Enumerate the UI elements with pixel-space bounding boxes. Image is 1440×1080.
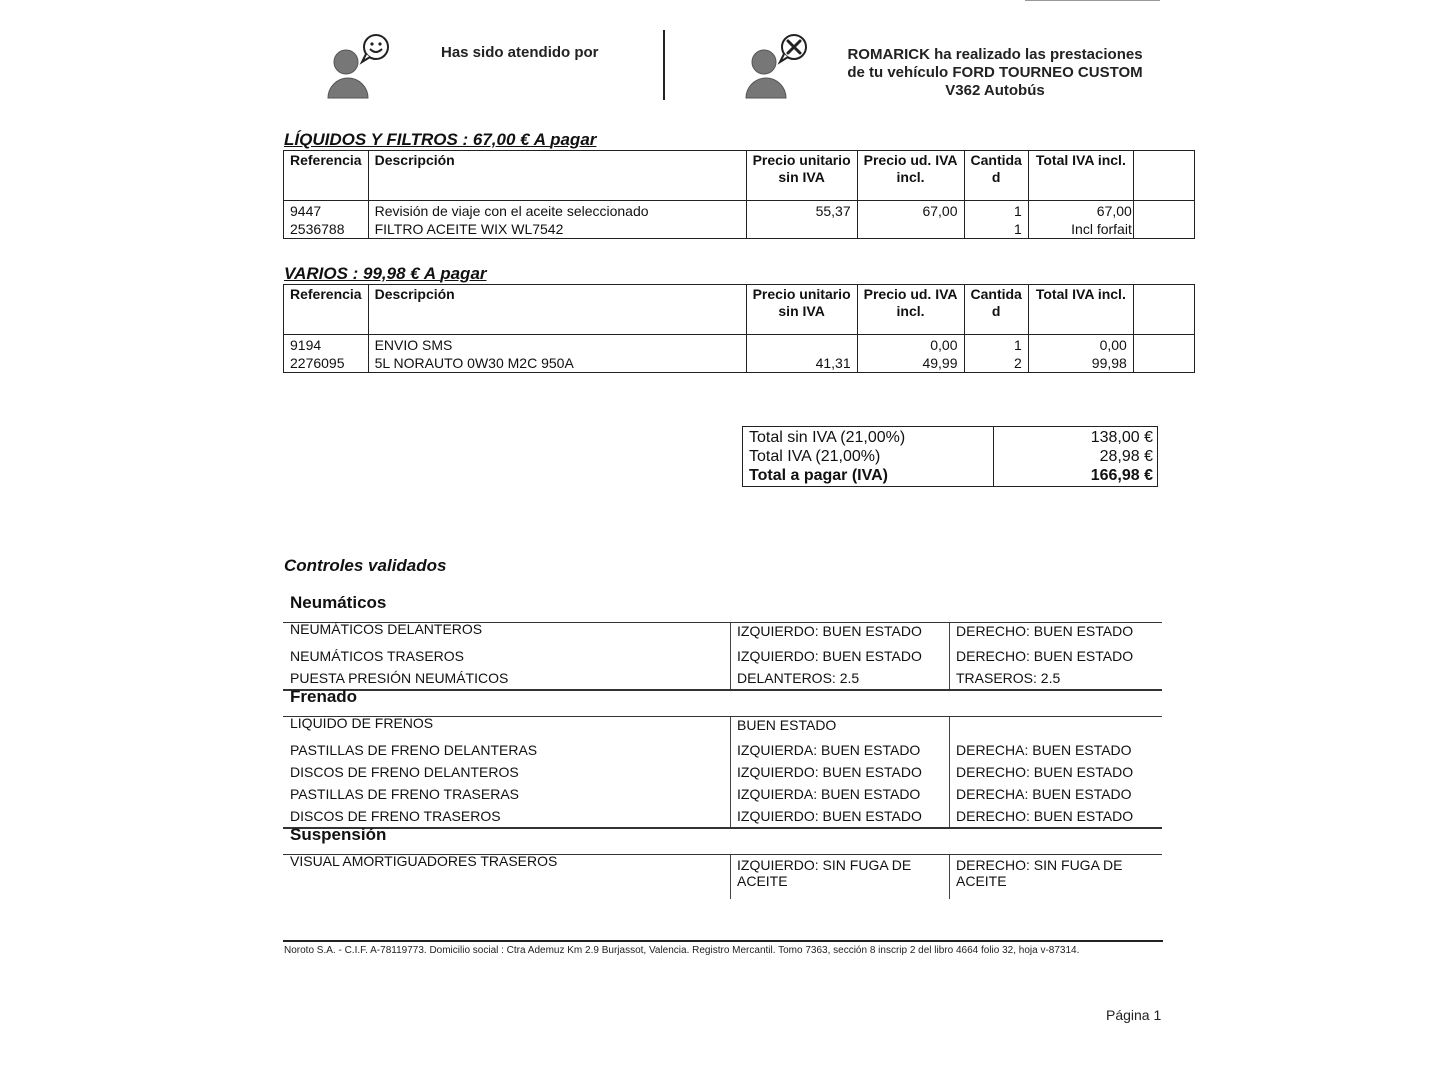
items-table-varios: Referencia Descripción Precio unitariosi…: [283, 284, 1195, 373]
cell-unit-price-vat: 0,0049,99: [857, 335, 964, 373]
section-title-text: LÍQUIDOS Y FILTROS : 67,00 € A: [284, 130, 550, 149]
total-label: Total sin IVA (21,00%): [749, 428, 987, 447]
col-empty: [1133, 285, 1194, 335]
price-value: 0,00: [864, 336, 958, 354]
ref-value: 9194: [290, 336, 362, 354]
table-row: 91942276095 ENVIO SMS5L NORAUTO 0W30 M2C…: [284, 335, 1195, 373]
grand-total-value: 166,98 €: [1000, 466, 1153, 485]
service-message-line: ROMARICK ha realizado las prestaciones: [830, 46, 1160, 64]
service-message-line: V362 Autobús: [830, 82, 1160, 100]
control-right: DERECHO: SIN FUGA DEACEITE: [949, 855, 1162, 899]
ref-value: 2536788: [290, 220, 362, 238]
col-total: Total IVA incl.: [1028, 151, 1133, 201]
mechanic-avatar-icon: [744, 32, 808, 109]
control-item: LIQUIDO DE FRENOS: [283, 717, 730, 739]
col-desc: Descripción: [368, 285, 746, 335]
cell-qty: 12: [964, 335, 1028, 373]
total-value: 138,00 €: [1000, 428, 1153, 447]
control-item: NEUMÁTICOS TRASEROS: [283, 645, 730, 667]
control-item: DISCOS DE FRENO DELANTEROS: [283, 761, 730, 783]
col-ref: Referencia: [284, 151, 369, 201]
section-title-varios: VARIOS : 99,98 € A pagar: [284, 264, 487, 284]
control-item: PUESTA PRESIÓN NEUMÁTICOS: [283, 667, 730, 689]
totals-row: Total sin IVA (21,00%) Total IVA (21,00%…: [743, 427, 1158, 487]
col-unit-price: Precio unitariosin IVA: [746, 151, 857, 201]
col-label: Cantida: [971, 286, 1022, 303]
table-header-row: Referencia Descripción Precio unitariosi…: [284, 285, 1195, 335]
desc-value: 5L NORAUTO 0W30 M2C 950A: [375, 354, 740, 372]
desc-value: ENVIO SMS: [375, 336, 740, 354]
ref-value: 2276095: [290, 354, 362, 372]
desc-value: FILTRO ACEITE WIX WL7542: [375, 220, 740, 238]
control-row: DISCOS DE FRENO TRASEROSIZQUIERDO: BUEN …: [283, 805, 1162, 827]
controls-title: Controles validados: [284, 556, 446, 576]
cell-qty: 11: [964, 201, 1028, 239]
table-header-row: Referencia Descripción Precio unitariosi…: [284, 151, 1195, 201]
col-label: Precio unitario: [753, 152, 851, 169]
col-label: incl.: [864, 169, 958, 186]
control-item: PASTILLAS DE FRENO TRASERAS: [283, 783, 730, 805]
control-right: [949, 717, 1162, 739]
total-value: 99,98: [1035, 354, 1127, 372]
col-unit-price-vat: Precio ud. IVAincl.: [857, 151, 964, 201]
ref-value: 9447: [290, 202, 362, 220]
service-message: ROMARICK ha realizado las prestaciones d…: [830, 46, 1160, 100]
col-empty: [1133, 151, 1194, 201]
attended-by-label: Has sido atendido por: [441, 44, 599, 61]
control-right: DERECHA: BUEN ESTADO: [949, 739, 1162, 761]
cell-empty: [1133, 201, 1194, 239]
service-message-line: de tu vehículo FORD TOURNEO CUSTOM: [830, 64, 1160, 82]
col-qty: Cantidad: [964, 285, 1028, 335]
control-row: PASTILLAS DE FRENO DELANTERASIZQUIERDA: …: [283, 739, 1162, 761]
items-table-liquidos: Referencia Descripción Precio unitariosi…: [283, 150, 1195, 239]
control-left: IZQUIERDA: BUEN ESTADO: [730, 783, 949, 805]
group-title-suspension: Suspensión: [290, 825, 386, 845]
cell-unit-price-vat: 67,00: [857, 201, 964, 239]
cell-unit-price: 55,37: [746, 201, 857, 239]
price-value: [864, 220, 958, 238]
cell-ref: 94472536788: [284, 201, 369, 239]
control-left: IZQUIERDO: BUEN ESTADO: [730, 805, 949, 827]
section-title-underlined: pagar: [440, 264, 486, 283]
control-left-line: ACEITE: [737, 873, 949, 889]
col-unit-price: Precio unitariosin IVA: [746, 285, 857, 335]
table-row: 94472536788 Revisión de viaje con el ace…: [284, 201, 1195, 239]
qty-value: 1: [971, 202, 1022, 220]
qty-value: 1: [971, 220, 1022, 238]
cell-total: 67,00Incl forfait: [1028, 201, 1133, 239]
control-item: DISCOS DE FRENO TRASEROS: [283, 805, 730, 827]
control-item: PASTILLAS DE FRENO DELANTERAS: [283, 739, 730, 761]
control-left: IZQUIERDO: BUEN ESTADO: [730, 623, 949, 645]
control-item: NEUMÁTICOS DELANTEROS: [283, 623, 730, 645]
section-title-text: VARIOS : 99,98 € A: [284, 264, 440, 283]
control-right: TRASEROS: 2.5: [949, 667, 1162, 689]
col-label: Precio ud. IVA: [864, 152, 958, 169]
desc-value: Revisión de viaje con el aceite seleccio…: [375, 202, 740, 220]
totals-labels: Total sin IVA (21,00%) Total IVA (21,00%…: [743, 427, 994, 487]
control-row: PUESTA PRESIÓN NEUMÁTICOSDELANTEROS: 2.5…: [283, 667, 1162, 689]
page-number: Página 1: [1106, 1007, 1161, 1023]
control-left: IZQUIERDO: SIN FUGA DEACEITE: [730, 855, 949, 899]
col-qty: Cantidad: [964, 151, 1028, 201]
total-label: Total IVA (21,00%): [749, 447, 987, 466]
col-total: Total IVA incl.: [1028, 285, 1133, 335]
control-right: DERECHO: BUEN ESTADO: [949, 805, 1162, 827]
control-row: NEUMÁTICOS DELANTEROSIZQUIERDO: BUEN EST…: [283, 623, 1162, 645]
cell-unit-price: 41,31: [746, 335, 857, 373]
control-item: VISUAL AMORTIGUADORES TRASEROS: [283, 855, 730, 899]
control-left: IZQUIERDO: BUEN ESTADO: [730, 645, 949, 667]
control-left: IZQUIERDO: BUEN ESTADO: [730, 761, 949, 783]
group-frenado: LIQUIDO DE FRENOSBUEN ESTADO PASTILLAS D…: [283, 716, 1162, 829]
qty-value: 2: [971, 354, 1022, 372]
advisor-avatar-icon: [326, 32, 390, 109]
col-label: Cantida: [971, 152, 1022, 169]
total-value: 67,00: [1035, 202, 1132, 220]
totals-values: 138,00 € 28,98 € 166,98 €: [994, 427, 1158, 487]
group-neumaticos: NEUMÁTICOS DELANTEROSIZQUIERDO: BUEN EST…: [283, 622, 1162, 691]
control-right: DERECHA: BUEN ESTADO: [949, 783, 1162, 805]
control-row: DISCOS DE FRENO DELANTEROSIZQUIERDO: BUE…: [283, 761, 1162, 783]
cell-empty: [1133, 335, 1194, 373]
total-value: Incl forfait: [1035, 220, 1132, 238]
total-value: 28,98 €: [1000, 447, 1153, 466]
qty-value: 1: [971, 336, 1022, 354]
cell-desc: ENVIO SMS5L NORAUTO 0W30 M2C 950A: [368, 335, 746, 373]
control-row: PASTILLAS DE FRENO TRASERASIZQUIERDA: BU…: [283, 783, 1162, 805]
col-label: Precio unitario: [753, 286, 851, 303]
control-right: DERECHO: BUEN ESTADO: [949, 645, 1162, 667]
group-title-frenado: Frenado: [290, 687, 357, 707]
control-row: LIQUIDO DE FRENOSBUEN ESTADO: [283, 717, 1162, 739]
cell-desc: Revisión de viaje con el aceite seleccio…: [368, 201, 746, 239]
footer-legal: Noroto S.A. - C.I.F. A-78119773. Domicil…: [284, 945, 1079, 956]
control-right: DERECHO: BUEN ESTADO: [949, 623, 1162, 645]
col-label: sin IVA: [753, 303, 851, 320]
footer-divider: [283, 940, 1163, 942]
control-right: DERECHO: BUEN ESTADO: [949, 761, 1162, 783]
control-row: NEUMÁTICOS TRASEROSIZQUIERDO: BUEN ESTAD…: [283, 645, 1162, 667]
grand-total-label: Total a pagar (IVA): [749, 466, 987, 485]
col-ref: Referencia: [284, 285, 369, 335]
group-suspension: VISUAL AMORTIGUADORES TRASEROS IZQUIERDO…: [283, 854, 1162, 899]
section-title-liquidos: LÍQUIDOS Y FILTROS : 67,00 € A pagar: [284, 130, 596, 150]
col-label: sin IVA: [753, 169, 851, 186]
cell-total: 0,0099,98: [1028, 335, 1133, 373]
price-value: 41,31: [753, 354, 851, 372]
col-label: d: [971, 303, 1022, 320]
control-left: IZQUIERDA: BUEN ESTADO: [730, 739, 949, 761]
control-right-line: ACEITE: [956, 873, 1162, 889]
col-label: Precio ud. IVA: [864, 286, 958, 303]
price-value: [753, 336, 851, 354]
group-title-neumaticos: Neumáticos: [290, 593, 386, 613]
scan-mark: [1025, 0, 1160, 1]
price-value: 67,00: [864, 202, 958, 220]
totals-table: Total sin IVA (21,00%) Total IVA (21,00%…: [742, 426, 1158, 487]
cell-ref: 91942276095: [284, 335, 369, 373]
price-value: [753, 220, 851, 238]
header-divider: [663, 30, 665, 100]
control-left-line: IZQUIERDO: SIN FUGA DE: [737, 857, 949, 873]
control-left: DELANTEROS: 2.5: [730, 667, 949, 689]
col-desc: Descripción: [368, 151, 746, 201]
total-value: 0,00: [1035, 336, 1127, 354]
col-label: d: [971, 169, 1022, 186]
section-title-underlined: pagar: [550, 130, 596, 149]
col-unit-price-vat: Precio ud. IVAincl.: [857, 285, 964, 335]
col-label: incl.: [864, 303, 958, 320]
price-value: 49,99: [864, 354, 958, 372]
price-value: 55,37: [753, 202, 851, 220]
control-right-line: DERECHO: SIN FUGA DE: [956, 857, 1162, 873]
control-left: BUEN ESTADO: [730, 717, 949, 739]
